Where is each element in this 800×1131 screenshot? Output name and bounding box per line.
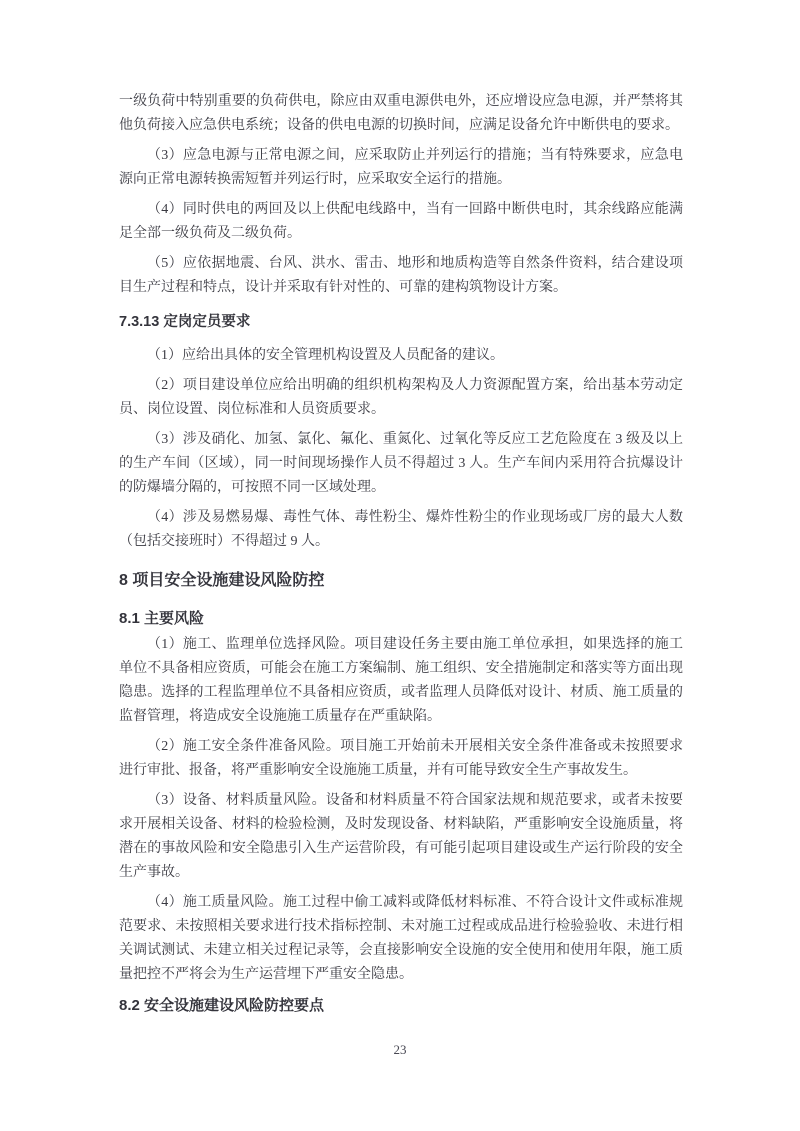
paragraph-risk-item-4: （4）施工质量风险。施工过程中偷工减料或降低材料标准、不符合设计文件或标准规范要… [119,891,683,987]
paragraph-item-3-power: （3）应急电源与正常电源之间，应采取防止并列运行的措施；当有特殊要求，应急电源向… [119,144,683,192]
paragraph-risk-item-3: （3）设备、材料质量风险。设备和材料质量不符合国家法规和规范要求，或者未按要求开… [119,789,683,885]
page-number: 23 [0,1042,800,1058]
paragraph-risk-item-2: （2）施工安全条件准备风险。项目施工开始前未开展相关安全条件准备或未按照要求进行… [119,735,683,783]
paragraph-staffing-item-4: （4）涉及易燃易爆、毒性气体、毒性粉尘、爆炸性粉尘的作业现场或厂房的最大人数（包… [119,506,683,554]
paragraph-risk-item-1: （1）施工、监理单位选择风险。项目建设任务主要由施工单位承担，如果选择的施工单位… [119,633,683,729]
document-body: 一级负荷中特别重要的负荷供电，除应由双重电源供电外，还应增设应急电源，并严禁将其… [119,90,683,1020]
heading-7-3-13-staffing: 7.3.13 定岗定员要求 [119,310,683,334]
paragraph-item-5-natural-conditions: （5）应依据地震、台风、洪水、雷击、地形和地质构造等自然条件资料，结合建设项目生… [119,252,683,300]
document-page: 一级负荷中特别重要的负荷供电，除应由双重电源供电外，还应增设应急电源，并严禁将其… [0,0,800,1131]
paragraph-staffing-item-1: （1）应给出具体的安全管理机构设置及人员配备的建议。 [119,344,683,368]
paragraph-item-4-power: （4）同时供电的两回及以上供配电线路中，当有一回路中断供电时，其余线路应能满足全… [119,198,683,246]
heading-8-1-main-risks: 8.1 主要风险 [119,606,683,631]
paragraph-continuation: 一级负荷中特别重要的负荷供电，除应由双重电源供电外，还应增设应急电源，并严禁将其… [119,90,683,138]
heading-8-2-risk-control-points: 8.2 安全设施建设风险防控要点 [119,993,683,1018]
paragraph-staffing-item-2: （2）项目建设单位应给出明确的组织机构架构及人力资源配置方案，给出基本劳动定员、… [119,374,683,422]
paragraph-staffing-item-3: （3）涉及硝化、加氢、氯化、氟化、重氮化、过氧化等反应工艺危险度在 3 级及以上… [119,428,683,500]
heading-chapter-8: 8 项目安全设施建设风险防控 [119,568,683,594]
